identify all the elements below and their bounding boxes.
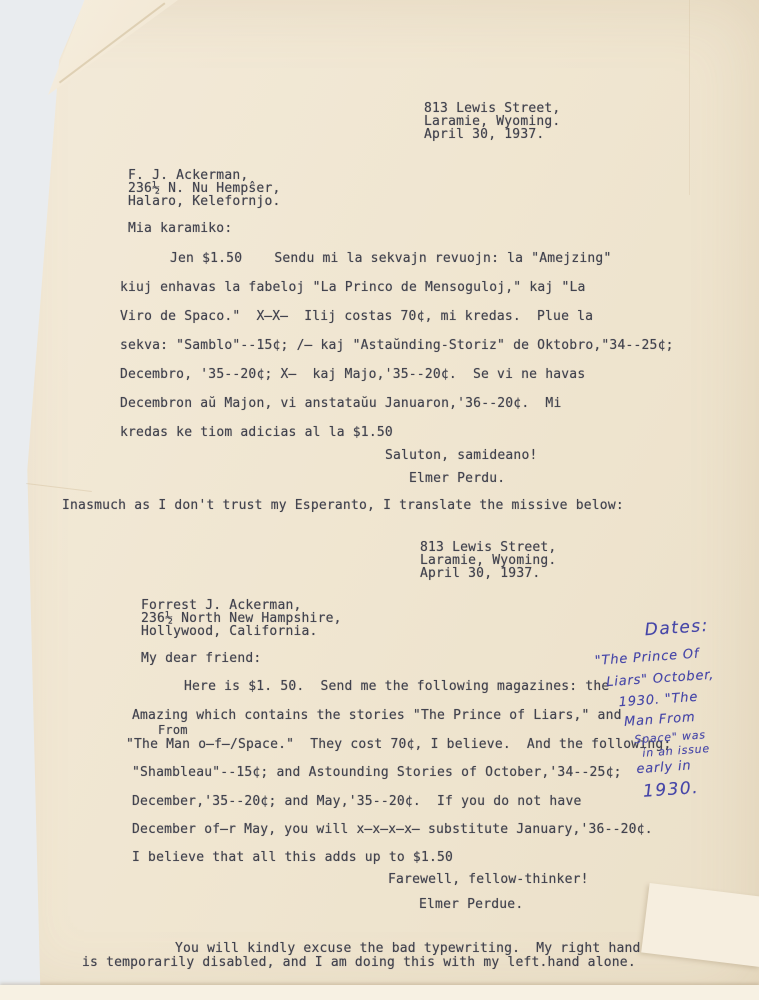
salutation: My dear friend: bbox=[141, 651, 261, 666]
second-sheet-edge bbox=[0, 985, 759, 1000]
margin-note-line: Liars" October, bbox=[606, 668, 715, 690]
sender-address-line: April 30, 1937. bbox=[420, 566, 540, 581]
body-line: Jen $1.50 Sendu mi la sekvajn revuojn: l… bbox=[170, 251, 611, 266]
second-sheet-corner bbox=[641, 883, 759, 967]
body-line: Amazing which contains the stories "The … bbox=[132, 708, 622, 723]
scanned-letter: 813 Lewis Street, Laramie, Wyoming. Apri… bbox=[0, 0, 759, 1000]
closing: Farewell, fellow-thinker! bbox=[388, 872, 589, 887]
salutation: Mia karamiko: bbox=[128, 221, 232, 236]
margin-note-line: early in bbox=[636, 758, 692, 777]
recipient-line: Halaro, Kelefornjo. bbox=[128, 194, 281, 209]
body-line: Here is $1. 50. Send me the following ma… bbox=[184, 679, 609, 694]
body-line: "Shambleau"--15¢; and Astounding Stories… bbox=[132, 765, 622, 780]
signature: Elmer Perdu. bbox=[409, 471, 505, 486]
body-line: kiuj enhavas la fabeloj "La Princo de Me… bbox=[120, 280, 586, 295]
body-line: December,'35--20¢; and May,'35--20¢. If … bbox=[132, 794, 582, 809]
body-line: Decembron aŭ Majon, vi anstataŭu Januaro… bbox=[120, 396, 561, 411]
body-line: I believe that all this adds up to $1.50 bbox=[132, 850, 453, 865]
translation-note: Inasmuch as I don't trust my Esperanto, … bbox=[62, 498, 624, 513]
paper-crease bbox=[689, 0, 690, 195]
signature: Elmer Perdue. bbox=[419, 897, 523, 912]
body-line: Viro de Spaco." X̶X̶ Ilij costas 70¢, mi… bbox=[120, 309, 593, 324]
margin-note-line: Man From bbox=[624, 710, 696, 730]
margin-note-line: Dates: bbox=[644, 616, 709, 640]
inserted-correction-word: From bbox=[158, 723, 188, 737]
handwritten-margin-note: Dates: "The Prince Of Liars" October, 19… bbox=[586, 612, 759, 824]
postscript-line: is temporarily disabled, and I am doing … bbox=[82, 955, 636, 970]
body-line: December of̶r May, you will x̶x̶x̶x̶ sub… bbox=[132, 822, 653, 837]
sender-address-line: April 30, 1937. bbox=[424, 127, 544, 142]
closing: Saluton, samideano! bbox=[385, 448, 538, 463]
postscript-line: You will kindly excuse the bad typewriti… bbox=[175, 941, 641, 956]
margin-note-line: "The Prince Of bbox=[594, 647, 699, 669]
body-line: "The Man o̶f̶/Space." They cost 70¢, I b… bbox=[126, 737, 671, 752]
body-line: sekva: "Samblo"--15¢; /̶ kaj "Astaŭnding… bbox=[120, 338, 674, 353]
margin-note-line: 1930. "The bbox=[618, 690, 698, 711]
body-line: Decembro, '35--20¢; X̶ kaj Majo,'35--20¢… bbox=[120, 367, 585, 382]
body-line: kredas ke tiom adicias al la $1.50 bbox=[120, 425, 393, 440]
recipient-line: Hollywood, California. bbox=[141, 624, 318, 639]
margin-note-line: 1930. bbox=[642, 778, 699, 802]
